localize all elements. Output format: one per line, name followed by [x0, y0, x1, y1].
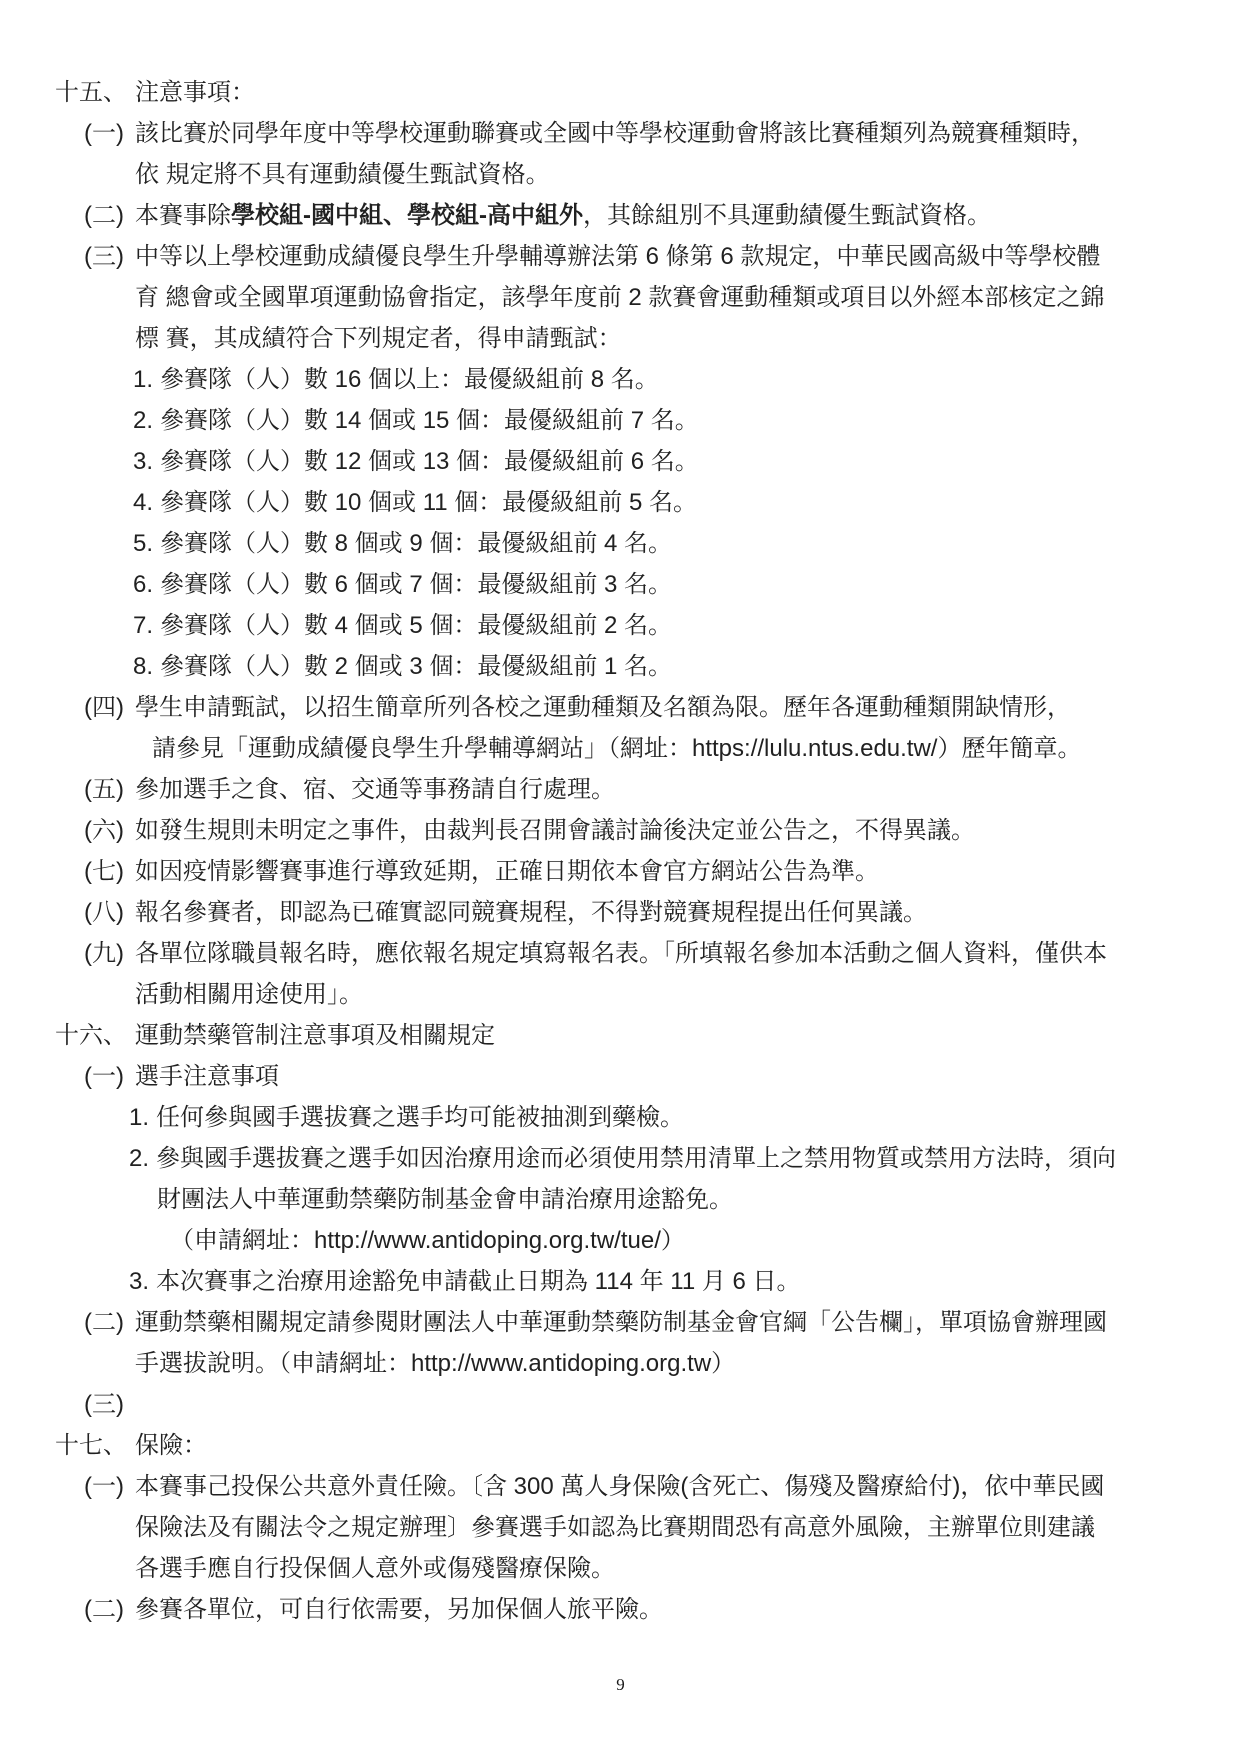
- item-text: 如發生規則未明定之事件，由裁判長召開會議討論後決定並公告之，不得異議。: [135, 817, 975, 844]
- list-text: 參賽隊（人）數 2 個或 3 個：最優級組前 1 名。: [160, 653, 672, 680]
- list-number: 3.: [133, 441, 160, 482]
- item-label: (六): [84, 810, 135, 851]
- item-text: 活動相關用途使用」。: [135, 981, 363, 1008]
- item-15-9-cont: 活動相關用途使用」。: [0, 974, 1241, 1015]
- document-page: 十五、注意事項： (一)該比賽於同學年度中等學校運動聯賽或全國中等學校運動會將該…: [0, 72, 1241, 1630]
- list-number: 4.: [133, 482, 160, 523]
- section-16-heading: 十六、運動禁藥管制注意事項及相關規定: [0, 1015, 1241, 1056]
- item-15-2: (二)本賽事除學校組-國中組、學校組-高中組外，其餘組別不具運動績優生甄試資格。: [0, 195, 1241, 236]
- list-text: 參賽隊（人）數 6 個或 7 個：最優級組前 3 名。: [160, 571, 672, 598]
- item-text: 運動禁藥相關規定請參閱財團法人中華運動禁藥防制基金會官綱「公告欄」，單項協會辦理…: [135, 1309, 1107, 1336]
- page-number: 9: [0, 1675, 1241, 1695]
- item-text: 參賽各單位，可自行依需要，另加保個人旅平險。: [135, 1596, 663, 1623]
- list-item-1: 1.任何參與國手選拔賽之選手均可能被抽測到藥檢。: [0, 1097, 1241, 1138]
- list-number: 1.: [129, 1097, 156, 1138]
- item-text: 各選手應自行投保個人意外或傷殘醫療保險。: [135, 1555, 615, 1582]
- item-text: 學生申請甄試，以招生簡章所列各校之運動種類及名額為限。歷年各運動種類開缺情形，: [135, 694, 1071, 721]
- item-label: (五): [84, 769, 135, 810]
- section-17-number: 十七、: [55, 1425, 135, 1466]
- section-17-title: 保險：: [135, 1432, 207, 1459]
- item-16-3: (三): [0, 1384, 1241, 1425]
- list-text: 任何參與國手選拔賽之選手均可能被抽測到藥檢。: [156, 1104, 684, 1131]
- section-16-number: 十六、: [55, 1015, 135, 1056]
- item-15-7: (七)如因疫情影響賽事進行導致延期，正確日期依本會官方網站公告為準。: [0, 851, 1241, 892]
- list-item-4: 4.參賽隊（人）數 10 個或 11 個：最優級組前 5 名。: [0, 482, 1241, 523]
- item-label: (八): [84, 892, 135, 933]
- item-label: (二): [84, 1302, 135, 1343]
- list-text: 參賽隊（人）數 10 個或 11 個：最優級組前 5 名。: [160, 489, 697, 516]
- item-15-3: (三)中等以上學校運動成績優良學生升學輔導辦法第 6 條第 6 款規定，中華民國…: [0, 236, 1241, 277]
- item-label: (一): [84, 1056, 135, 1097]
- item-text: 請參見「運動成績優良學生升學輔導網站」（網址：https://lulu.ntus…: [152, 735, 1081, 762]
- item-text: 該比賽於同學年度中等學校運動聯賽或全國中等學校運動會將該比賽種類列為競賽種類時，: [135, 120, 1095, 147]
- item-15-3-cont: 標 賽，其成績符合下列規定者，得申請甄試：: [0, 318, 1241, 359]
- item-16-1: (一)選手注意事項: [0, 1056, 1241, 1097]
- item-15-3-cont: 育 總會或全國單項運動協會指定，該學年度前 2 款賽會運動種類或項目以外經本部核…: [0, 277, 1241, 318]
- list-number: 6.: [133, 564, 160, 605]
- item-text: 報名參賽者，即認為已確實認同競賽規程，不得對競賽規程提出任何異議。: [135, 899, 927, 926]
- list-item-5: 5.參賽隊（人）數 8 個或 9 個：最優級組前 4 名。: [0, 523, 1241, 564]
- list-item-7: 7.參賽隊（人）數 4 個或 5 個：最優級組前 2 名。: [0, 605, 1241, 646]
- list-item-6: 6.參賽隊（人）數 6 個或 7 個：最優級組前 3 名。: [0, 564, 1241, 605]
- item-16-2-cont: 手選拔說明。（申請網址：http://www.antidoping.org.tw…: [0, 1343, 1241, 1384]
- list-text: 參賽隊（人）數 8 個或 9 個：最優級組前 4 名。: [160, 530, 672, 557]
- list-text: 參賽隊（人）數 12 個或 13 個：最優級組前 6 名。: [160, 448, 699, 475]
- item-text: ，其餘組別不具運動績優生甄試資格。: [583, 202, 991, 229]
- item-16-2: (二)運動禁藥相關規定請參閱財團法人中華運動禁藥防制基金會官綱「公告欄」，單項協…: [0, 1302, 1241, 1343]
- item-label: (二): [84, 1589, 135, 1630]
- list-item-2-url: （申請網址：http://www.antidoping.org.tw/tue/）: [0, 1220, 1241, 1261]
- list-text: 參賽隊（人）數 4 個或 5 個：最優級組前 2 名。: [160, 612, 672, 639]
- list-text: 參賽隊（人）數 16 個以上：最優級組前 8 名。: [160, 366, 659, 393]
- item-text: 保險法及有關法令之規定辦理〕參賽選手如認為比賽期間恐有高意外風險，主辦單位則建議: [135, 1514, 1095, 1541]
- item-label: (二): [84, 195, 135, 236]
- list-text: 參與國手選拔賽之選手如因治療用途而必須使用禁用清單上之禁用物質或禁用方法時，須向: [156, 1145, 1116, 1172]
- list-number: 1.: [133, 359, 160, 400]
- list-item-2: 2.參與國手選拔賽之選手如因治療用途而必須使用禁用清單上之禁用物質或禁用方法時，…: [0, 1138, 1241, 1179]
- item-text: 如因疫情影響賽事進行導致延期，正確日期依本會官方網站公告為準。: [135, 858, 879, 885]
- item-text: 本賽事除: [135, 202, 231, 229]
- item-15-4-cont: 請參見「運動成績優良學生升學輔導網站」（網址：https://lulu.ntus…: [0, 728, 1241, 769]
- item-15-1: (一)該比賽於同學年度中等學校運動聯賽或全國中等學校運動會將該比賽種類列為競賽種…: [0, 113, 1241, 154]
- item-text: 各單位隊職員報名時，應依報名規定填寫報名表。「所填報名參加本活動之個人資料，僅供…: [135, 940, 1107, 967]
- item-text: 參加選手之食、宿、交通等事務請自行處理。: [135, 776, 615, 803]
- list-item-2: 2.參賽隊（人）數 14 個或 15 個：最優級組前 7 名。: [0, 400, 1241, 441]
- item-17-1-cont: 保險法及有關法令之規定辦理〕參賽選手如認為比賽期間恐有高意外風險，主辦單位則建議: [0, 1507, 1241, 1548]
- item-17-2: (二)參賽各單位，可自行依需要，另加保個人旅平險。: [0, 1589, 1241, 1630]
- list-text: 本次賽事之治療用途豁免申請截止日期為 114 年 11 月 6 日。: [156, 1268, 801, 1295]
- list-text: （申請網址：http://www.antidoping.org.tw/tue/）: [170, 1227, 685, 1254]
- list-number: 3.: [129, 1261, 156, 1302]
- list-item-1: 1.參賽隊（人）數 16 個以上：最優級組前 8 名。: [0, 359, 1241, 400]
- list-item-3: 3.參賽隊（人）數 12 個或 13 個：最優級組前 6 名。: [0, 441, 1241, 482]
- item-15-1-cont: 依 規定將不具有運動績優生甄試資格。: [0, 154, 1241, 195]
- item-label: (四): [84, 687, 135, 728]
- item-text: 依 規定將不具有運動績優生甄試資格。: [135, 161, 550, 188]
- item-text: 本賽事己投保公共意外責任險。〔含 300 萬人身保險(含死亡、傷殘及醫療給付)，…: [135, 1473, 1104, 1500]
- item-15-4: (四)學生申請甄試，以招生簡章所列各校之運動種類及名額為限。歷年各運動種類開缺情…: [0, 687, 1241, 728]
- list-number: 8.: [133, 646, 160, 687]
- item-label: (九): [84, 933, 135, 974]
- list-number: 5.: [133, 523, 160, 564]
- item-label: (一): [84, 1466, 135, 1507]
- list-number: 2.: [133, 400, 160, 441]
- item-17-1: (一)本賽事己投保公共意外責任險。〔含 300 萬人身保險(含死亡、傷殘及醫療給…: [0, 1466, 1241, 1507]
- list-text: 參賽隊（人）數 14 個或 15 個：最優級組前 7 名。: [160, 407, 699, 434]
- item-text: 育 總會或全國單項運動協會指定，該學年度前 2 款賽會運動種類或項目以外經本部核…: [135, 284, 1104, 311]
- section-16-title: 運動禁藥管制注意事項及相關規定: [135, 1022, 495, 1049]
- item-15-5: (五)參加選手之食、宿、交通等事務請自行處理。: [0, 769, 1241, 810]
- section-17-heading: 十七、保險：: [0, 1425, 1241, 1466]
- item-label: (三): [84, 236, 135, 277]
- item-text: 中等以上學校運動成績優良學生升學輔導辦法第 6 條第 6 款規定，中華民國高級中…: [135, 243, 1100, 270]
- list-item-8: 8.參賽隊（人）數 2 個或 3 個：最優級組前 1 名。: [0, 646, 1241, 687]
- item-text: 手選拔說明。（申請網址：http://www.antidoping.org.tw…: [135, 1350, 735, 1377]
- item-15-8: (八)報名參賽者，即認為已確實認同競賽規程，不得對競賽規程提出任何異議。: [0, 892, 1241, 933]
- item-15-9: (九)各單位隊職員報名時，應依報名規定填寫報名表。「所填報名參加本活動之個人資料…: [0, 933, 1241, 974]
- item-text: 標 賽，其成績符合下列規定者，得申請甄試：: [135, 325, 622, 352]
- item-text: 選手注意事項: [135, 1063, 279, 1090]
- list-item-2-cont: 財團法人中華運動禁藥防制基金會申請治療用途豁免。: [0, 1179, 1241, 1220]
- item-text-bold: 學校組-國中組、學校組-高中組外: [231, 202, 583, 229]
- list-text: 財團法人中華運動禁藥防制基金會申請治療用途豁免。: [157, 1186, 733, 1213]
- section-15-title: 注意事項：: [135, 79, 255, 106]
- list-number: 7.: [133, 605, 160, 646]
- item-label: (七): [84, 851, 135, 892]
- list-item-3: 3.本次賽事之治療用途豁免申請截止日期為 114 年 11 月 6 日。: [0, 1261, 1241, 1302]
- item-label: (一): [84, 113, 135, 154]
- item-15-6: (六)如發生規則未明定之事件，由裁判長召開會議討論後決定並公告之，不得異議。: [0, 810, 1241, 851]
- item-label: (三): [84, 1384, 135, 1425]
- item-17-1-cont: 各選手應自行投保個人意外或傷殘醫療保險。: [0, 1548, 1241, 1589]
- section-15-heading: 十五、注意事項：: [0, 72, 1241, 113]
- section-15-number: 十五、: [55, 72, 135, 113]
- list-number: 2.: [129, 1138, 156, 1179]
